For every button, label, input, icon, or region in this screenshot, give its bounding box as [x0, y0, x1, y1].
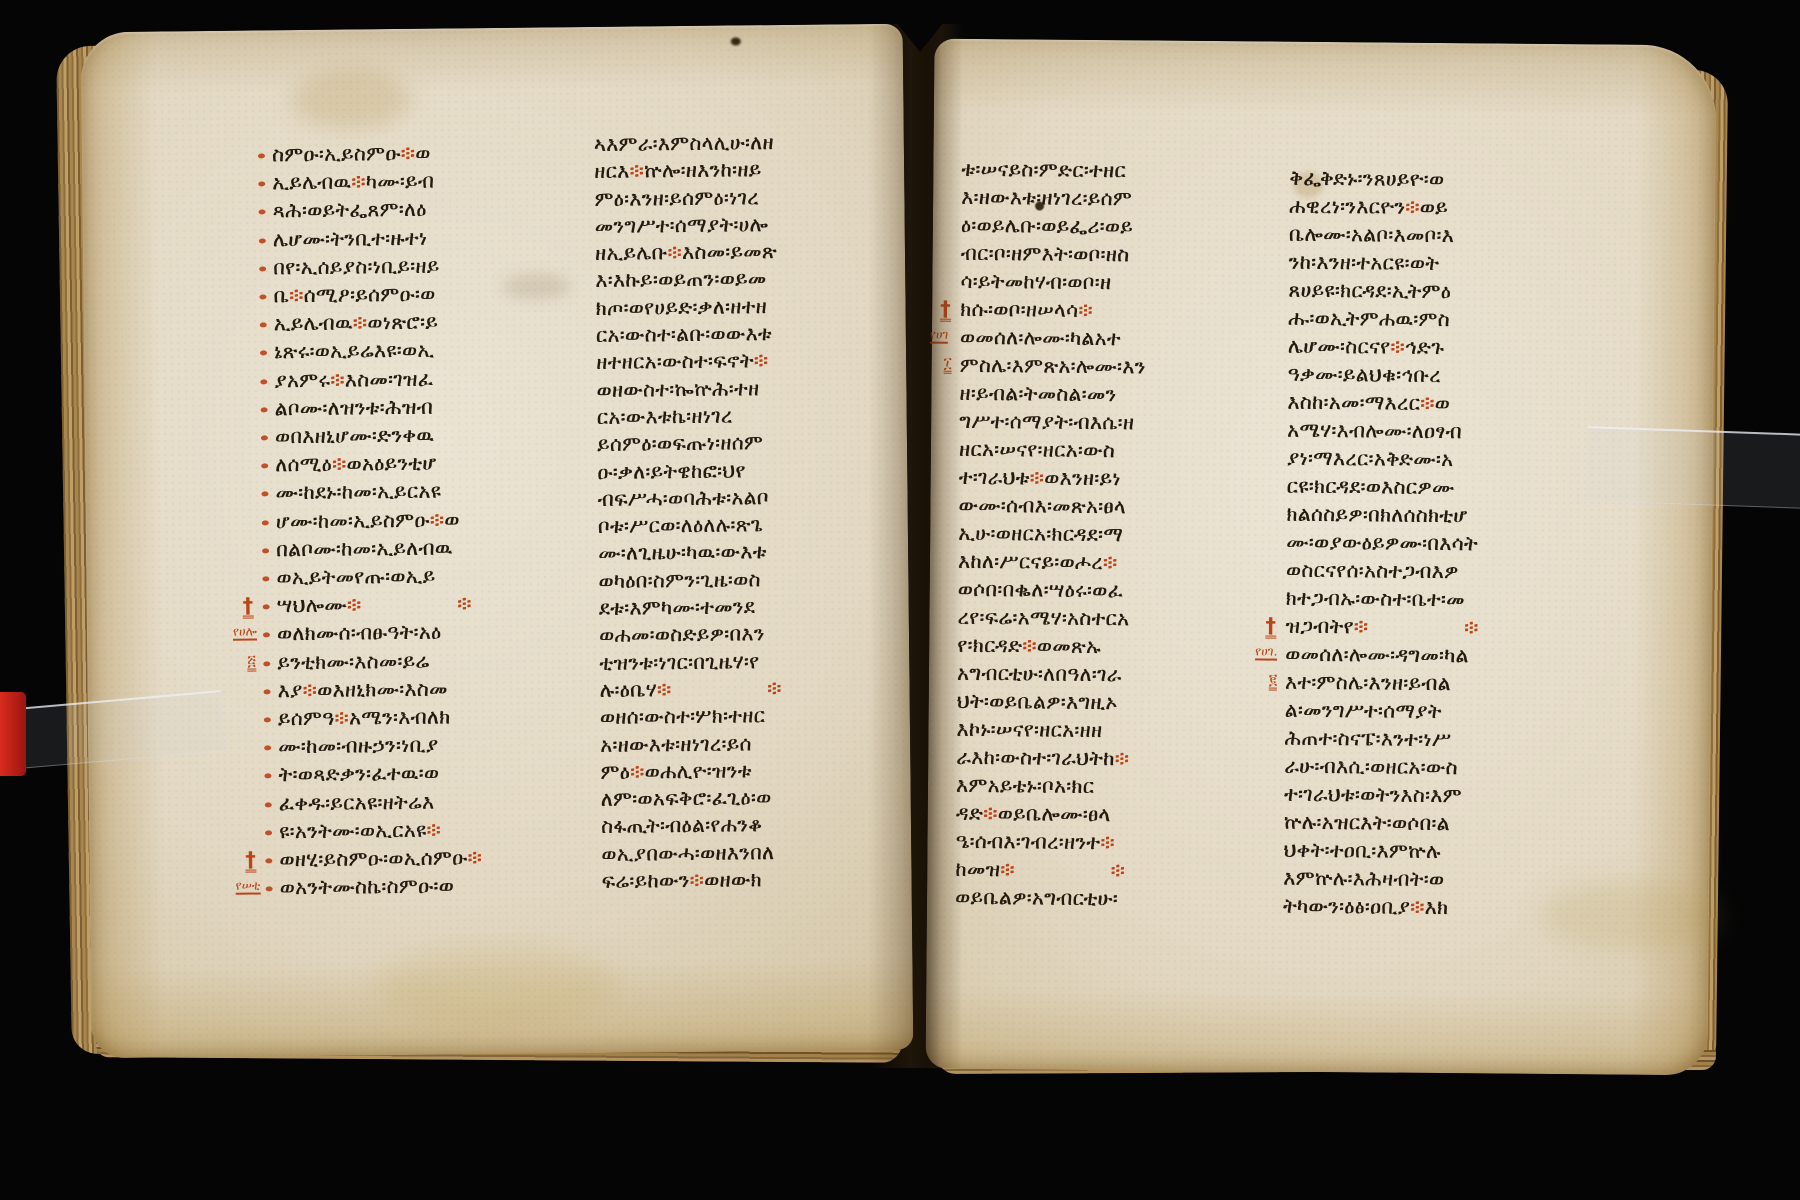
rubric-mark: ፨: [332, 452, 347, 476]
text-line: ጸሀይዩ፡ክርዳደ፡ኢትምዕ: [1288, 276, 1594, 307]
text-line: በየ፡ኢሰይያስ፡ነቢይ፡ዘይ: [259, 250, 579, 282]
text-line: ሌሆሙ፡ትንቢተ፡ዙተነ: [259, 222, 579, 254]
text-line: ውሙ፡ሰብእ፡መጽአ፡ፀላ: [958, 491, 1270, 522]
text-line: ብር፡ቦ፡ዘምእት፡ወቦ፡ዘስ: [961, 239, 1273, 270]
text-line: ግሥተ፡ሰማያት፡ብእሴ፡ዘ: [959, 407, 1271, 438]
text-line: ብፍሥሓ፡ወባሕቱ፡አልቦ: [597, 483, 907, 514]
text-line: በልቦሙ፡ከመ፡ኢይለብዉ: [262, 532, 582, 564]
text-line: ወዘውስተ፡ኰኵሕ፡ተዘ: [596, 373, 906, 404]
rubric-mark: ፨: [1078, 298, 1093, 322]
text-line: ክጦ፡ወየሀይድ፡ቃለ፡ዘተዘ: [595, 291, 905, 322]
gutter-top-notch: [896, 22, 944, 52]
text-line: ምዕ፨ወሐሊዮ፡ዝንቱ: [600, 756, 910, 787]
margin-word: የሀሎ: [233, 624, 257, 641]
text-line: ምስሌ፡እምጽአ፡ሎሙ፡እን: [960, 351, 1272, 382]
text-line: ደቱ፡እምካሙ፡ተመንደ: [599, 592, 909, 623]
text-line: ኢይሌብዉ፨ወነጽሮ፡ይ: [260, 306, 580, 338]
text-line: እ፡እኩይ፡ወይጠን፡ወይመ: [595, 264, 905, 295]
margin-numeral: ፭: [247, 652, 256, 671]
text-line: ለሰሚዕ፨ወአዕይንቲሆ: [261, 447, 581, 479]
text-line: ሉ፡ዕቤሃ፨ ፨: [599, 674, 909, 705]
text-line: ፈቀዱ፡ይርአዩ፡ዘትሬእ: [265, 786, 585, 818]
text-line: ሐዊረነ፡ንእርዮን፨ወይ: [1289, 192, 1595, 223]
rubric-mark: ፨: [1390, 335, 1405, 359]
text-line: ዝጋብትየ፨ ፨: [1285, 612, 1591, 643]
rubric-mark: ፨: [353, 311, 368, 335]
rubric-mark: ፨: [289, 283, 304, 307]
text-line: ወመሰለ፡ሎሙ፡ዳግመ፡ካል: [1285, 640, 1591, 671]
text-line: ምዕ፡እንዘ፡ይሰምዕ፡ነገረ: [594, 182, 904, 213]
text-line: እተ፡ምስሌ፡እንዘ፡ይብል: [1285, 668, 1591, 699]
ink-fleck: [731, 37, 741, 45]
rubric-mark: ፨: [1110, 858, 1125, 882]
text-line: ዓቃሙ፡ይልህቁ፡ኅቡረ: [1287, 360, 1593, 391]
text-line: ሆሙ፡ከመ፡ኢይስምዑ፨ወ: [262, 504, 582, 536]
text-line: አሜሃ፡እብሎሙ፡ለዐፃብ: [1287, 416, 1593, 447]
text-line: ሣህሎሙ፨ ፨: [263, 588, 583, 620]
text-line: እ፡ዘውእቱ፡ዘነገረ፡ይሰም: [961, 183, 1273, 214]
text-line: ሕጠተ፡ስናፔ፡እንተ፡ነሥ: [1284, 724, 1590, 755]
text-line: ፍሬ፡ይከውን፨ወዘውክ: [601, 865, 911, 896]
text-line: እኮኑ፡ሠናየ፡ዘርአ፡ዘዘ: [956, 715, 1268, 746]
text-line: ሑ፡ወኢትምሐዉ፡ምስ: [1288, 304, 1594, 335]
text-line: ቦቱ፡ሥርወ፡ለዕለሉ፡ጽጌ: [598, 510, 908, 541]
text-line: ራሁ፡ብእሲ፡ወዘርአ፡ውስ: [1284, 752, 1590, 783]
text-line: ዘኢይሌቡ፨እስመ፡ይመጽ: [595, 237, 905, 268]
text-line: ርአ፡ውስተ፡ልቡ፡ወውእቱ: [596, 319, 906, 350]
text-line: ያነ፡ማእረር፡አቅድሙ፡አ: [1287, 444, 1593, 475]
rubric-mark: ፨: [667, 240, 682, 264]
text-line: ወኢይትመየጡ፡ወኢይ: [262, 560, 582, 592]
text-line: ኵሉ፡አዝርእት፡ወሶበ፡ል: [1284, 808, 1590, 839]
rubric-mark: ፨: [1420, 391, 1435, 415]
rubric-mark: ፨: [630, 759, 645, 783]
text-line: ህቀት፡ተዐቢ፡እምኵሉ: [1283, 836, 1589, 867]
text-line: ኔጽሩ፡ወኢይሬእዩ፡ወኢ: [260, 335, 580, 367]
text-line: ሌሆሙ፡ስርናየ፨ኅድጉ: [1288, 332, 1594, 363]
text-line: ቲዝንቱ፡ነገር፡በጊዜሃ፡የ: [599, 646, 909, 677]
text-line: መንግሥተ፡ሰማያት፡ሀሎ: [595, 210, 905, 241]
parchment-stain: [376, 945, 617, 1028]
text-line: ዕ፡ወይሌቡ፡ወይፌሪ፡ወይ: [961, 211, 1273, 242]
text-line: ሙ፡ከመ፡ብዙኃን፡ነቢያ: [264, 729, 584, 761]
rubric-mark: ፨: [983, 801, 998, 825]
text-line: ያአምሩ፨እስመ፡ገዝፈ: [260, 363, 580, 395]
text-line: ወመሰለ፡ሎሙ፡ካልአተ: [960, 323, 1272, 354]
text-line: ይሰምዓ፨አሜን፡እብለክ: [264, 701, 584, 733]
text-line: ረየ፡ፍሬ፡አሜሃ፡አስተርአ: [957, 603, 1269, 634]
rubric-mark: ፨: [1103, 550, 1118, 574]
text-line: ቱ፡ሠናይስ፡ምድር፡ተዘር: [961, 155, 1273, 186]
text-line: ኣእምራ፡እምስላሊሁ፡ለዘ: [594, 128, 904, 159]
rubric-mark: ፨: [767, 676, 782, 700]
text-line: ይሰምዕ፡ወፍጡነ፡ዘሰም: [597, 428, 907, 459]
rubric-mark: ፨: [754, 349, 769, 373]
text-line: ወሶበ፡በቈለ፡ሣዕሩ፡ወፈ: [958, 575, 1270, 606]
margin-cross: †: [245, 850, 256, 873]
text-line: ዘርእ፨ኵሎ፡ዘእንከ፡ዘይ: [594, 155, 904, 186]
text-line: ዘተዘርአ፡ውስተ፡ፍኖት፨: [596, 346, 906, 377]
manuscript-page-right: ቱ፡ሠናይስ፡ምድር፡ተዘርእ፡ዘውእቱ፡ዘነገረ፡ይሰምዕ፡ወይሌቡ፡ወይፌሪ…: [926, 39, 1717, 1076]
text-line: ለም፡ወአፍቅሮ፡ፈጊዕ፡ወ: [601, 783, 911, 814]
margin-cross: †: [940, 299, 951, 322]
text-line: ሙ፡ከደኑ፡ከመ፡ኢይርአዩ: [261, 476, 581, 508]
text-line: ህት፡ወይቤልዎ፡እግዚኦ: [957, 687, 1269, 718]
rubric-mark: ፨: [1464, 615, 1479, 639]
text-line: ቤሎሙ፡አልቦ፡እመቦ፡እ: [1289, 220, 1595, 251]
rubric-mark: ፨: [351, 170, 366, 194]
text-line: ቤ፨ሰሚዖ፡ይሰምዑ፡ወ: [259, 278, 579, 310]
rubric-mark: ፨: [1410, 895, 1425, 919]
rubric-mark: ፨: [1405, 195, 1420, 219]
text-line: ወዘሰ፡ውስተ፡ሦክ፡ተዘር: [600, 701, 910, 732]
text-line: ተ፡ገራህቱ፡ወትንእስ፡እም: [1284, 780, 1590, 811]
rubric-mark: ፨: [1000, 857, 1015, 881]
text-line: ጻሕ፡ወይትፌጸም፡ለዕ: [258, 194, 578, 226]
text-line: ልቦሙ፡ለዝንቱ፡ሕዝብ: [260, 391, 580, 423]
text-line: ወኢያበውሓ፡ወዘእንበለ: [601, 837, 911, 868]
rubric-mark: ፨: [1029, 465, 1044, 489]
margin-numeral: ፲: [944, 355, 952, 374]
manuscript-page-left: ስምዑ፡ኢይስምዑ፨ወኢይሌብዉ፨ካሙ፡ይብጻሕ፡ወይትፌጸም፡ለዕሌሆሙ፡ትን…: [81, 24, 914, 1059]
margin-word: የሀገ.: [1255, 643, 1277, 660]
text-line: ሙ፡ወያውዕይዎሙ፡በእሳት: [1286, 528, 1592, 559]
text-line: ክልሰስይዎ፡በክለሰስክቲሆ: [1286, 500, 1592, 531]
text-line: ወበእዘኒሆሙ፡ድንቀዉ: [261, 419, 581, 451]
text-line: ንከ፡እንዘ፡ተአርዩ፡ወት: [1288, 248, 1594, 279]
margin-cross: †: [1265, 616, 1276, 639]
text-line: ወለክሙሰ፡ብፁዓት፡አዕ: [263, 617, 583, 649]
text-line: ዔ፡ሰብእ፡ገብረ፡ዘንተ፨: [955, 827, 1267, 858]
text-line: እከለ፡ሥርናይ፡ወሖረ፨: [958, 547, 1270, 578]
text-line: ኢሁ፡ወዘርአ፡ክርዳደ፡ማ: [958, 519, 1270, 550]
text-column-3: ቱ፡ሠናይስ፡ምድር፡ተዘርእ፡ዘውእቱ፡ዘነገረ፡ይሰምዕ፡ወይሌቡ፡ወይፌሪ…: [955, 155, 1274, 914]
text-column-2: ኣእምራ፡እምስላሊሁ፡ለዘዘርእ፨ኵሎ፡ዘእንከ፡ዘይምዕ፡እንዘ፡ይሰምዕ፡…: [594, 128, 912, 896]
rubric-mark: ፨: [1115, 746, 1130, 770]
text-line: ሳ፡ይትመከሃብ፡ወቦ፡ዘ: [960, 267, 1272, 298]
text-line: ዩ፡አንትሙ፡ወኢርአዩ፨: [265, 814, 585, 846]
red-section-divider: [1383, 625, 1449, 631]
photograph-backdrop: ስምዑ፡ኢይስምዑ፨ወኢይሌብዉ፨ካሙ፡ይብጻሕ፡ወይትፌጸም፡ለዕሌሆሙ፡ትን…: [0, 0, 1800, 1200]
margin-word: የሀገ: [930, 327, 949, 344]
rubric-mark: ፨: [689, 868, 704, 892]
rubric-mark: ፨: [1022, 633, 1037, 657]
rubric-mark: ፨: [1100, 830, 1115, 854]
text-line: እያ፨ወእዘኒክሙ፡እስመ: [263, 673, 583, 705]
text-line: ስፋጢት፡ብዕል፡የሐንቆ: [601, 810, 911, 841]
text-line: ርዩ፡ክርዳደ፡ወእስርዎሙ: [1286, 472, 1592, 503]
text-line: ዳድ፨ወይቤሎሙ፡ፀላ: [956, 799, 1268, 830]
rubric-mark: ፨: [629, 159, 644, 183]
margin-word: የሠቲ: [236, 878, 261, 895]
rubric-mark: ፨: [400, 141, 415, 165]
red-section-divider: [1030, 867, 1096, 873]
text-line: ዘ፡ይብል፡ትመስል፡መን: [959, 379, 1271, 410]
rubric-mark: ፨: [347, 593, 362, 617]
text-column-1: ስምዑ፡ኢይስምዑ፨ወኢይሌብዉ፨ካሙ፡ይብጻሕ፡ወይትፌጸም፡ለዕሌሆሙ፡ትን…: [258, 137, 586, 902]
text-line: እምአይቴኑ፡ቦአ፡ክር: [956, 771, 1268, 802]
text-line: ወይቤልዎ፡አግብርቲሁ፡: [955, 883, 1267, 914]
text-line: ት፡ወጻድቃን፡ፈተዉ፡ወ: [264, 758, 584, 790]
acrylic-strip-right: [1585, 426, 1800, 509]
text-line: ወአንትሙስኬ፡ስምዑ፡ወ: [265, 870, 585, 902]
text-line: ወዘሂ፡ይስምዑ፡ወኢሰምዑ፨: [265, 842, 585, 874]
text-line: ዑ፡ቃለ፡ይትዌከፎ፡ህየ: [597, 455, 907, 486]
text-line: ርአ፡ውእቱኬ፡ዘነገረ: [597, 401, 907, 432]
text-line: ኢይሌብዉ፨ካሙ፡ይብ: [258, 165, 578, 197]
rubric-mark: ፨: [426, 817, 441, 841]
text-line: ወስርናየሰ፡አስተጋብእዎ: [1286, 556, 1592, 587]
margin-cross: †: [243, 596, 254, 619]
text-line: ሙ፡ለጊዜሁ፡ካዉ፡ውእቱ: [598, 537, 908, 568]
margin-numeral: ፪: [1269, 672, 1277, 691]
rubric-mark: ፨: [457, 592, 472, 616]
text-line: ወሐመ፡ወስድይዎ፡በእን: [599, 619, 909, 650]
text-line: ስምዑ፡ኢይስምዑ፨ወ: [258, 137, 578, 169]
rubric-mark: ፨: [430, 507, 445, 531]
text-line: ል፡መንግሥተ፡ሰማያት: [1285, 696, 1591, 727]
text-line: የ፡ክርዳድ፨ወመጽኡ: [957, 631, 1269, 662]
text-column-4: ቅፌቅድኑ፡ንጸሀይዮ፡ወሐዊረነ፡ንእርዮን፨ወይቤሎሙ፡አልቦ፡እመቦ፡እን…: [1283, 164, 1596, 923]
text-line: ክተጋብኡ፡ውስተ፡ቤተ፡መ: [1286, 584, 1592, 615]
text-line: ቅፌቅድኑ፡ንጸሀይዮ፡ወ: [1289, 164, 1595, 195]
red-clip: [0, 692, 26, 776]
rubric-mark: ፨: [334, 706, 349, 730]
text-line: ትካውን፡ዕፅ፡ዐቢያ፨እክ: [1283, 892, 1589, 923]
rubric-mark: ፨: [1354, 614, 1369, 638]
red-section-divider: [1108, 308, 1174, 314]
corner-discoloration: [291, 69, 412, 130]
text-line: እስከ፡አመ፡ማእረር፨ወ: [1287, 388, 1593, 419]
text-line: ከመዝ፨ ፨: [955, 855, 1267, 886]
rubric-mark: ፨: [467, 845, 482, 869]
text-line: ይንቲክሙ፡እስመ፡ይሬ: [263, 645, 583, 677]
red-section-divider: [686, 686, 752, 692]
red-section-divider: [376, 602, 442, 608]
text-line: አግብርቲሁ፡ለበዓለ፡ገራ: [957, 659, 1269, 690]
text-line: ወካዕበ፡ስምን፡ጊዜ፡ወስ: [598, 564, 908, 595]
text-line: እምኵሉ፡እሕዛብት፡ወ: [1283, 864, 1589, 895]
rubric-mark: ፨: [302, 678, 317, 702]
text-line: አ፡ዘውእቱ፡ዘነገረ፡ይሰ: [600, 728, 910, 759]
text-line: ዘርአ፡ሠናየ፡ዘርአ፡ውስ: [959, 435, 1271, 466]
rubric-mark: ፨: [657, 677, 672, 701]
rubric-mark: ፨: [330, 367, 345, 391]
text-line: ክሱ፡ወቦ፡ዘሠላሳ፨: [960, 295, 1272, 326]
text-line: ተ፡ገራህቱ፨ወእንዘ፡ይነ: [959, 463, 1271, 494]
text-line: ራእከ፡ውስተ፡ገራህትከ፨: [956, 743, 1268, 774]
